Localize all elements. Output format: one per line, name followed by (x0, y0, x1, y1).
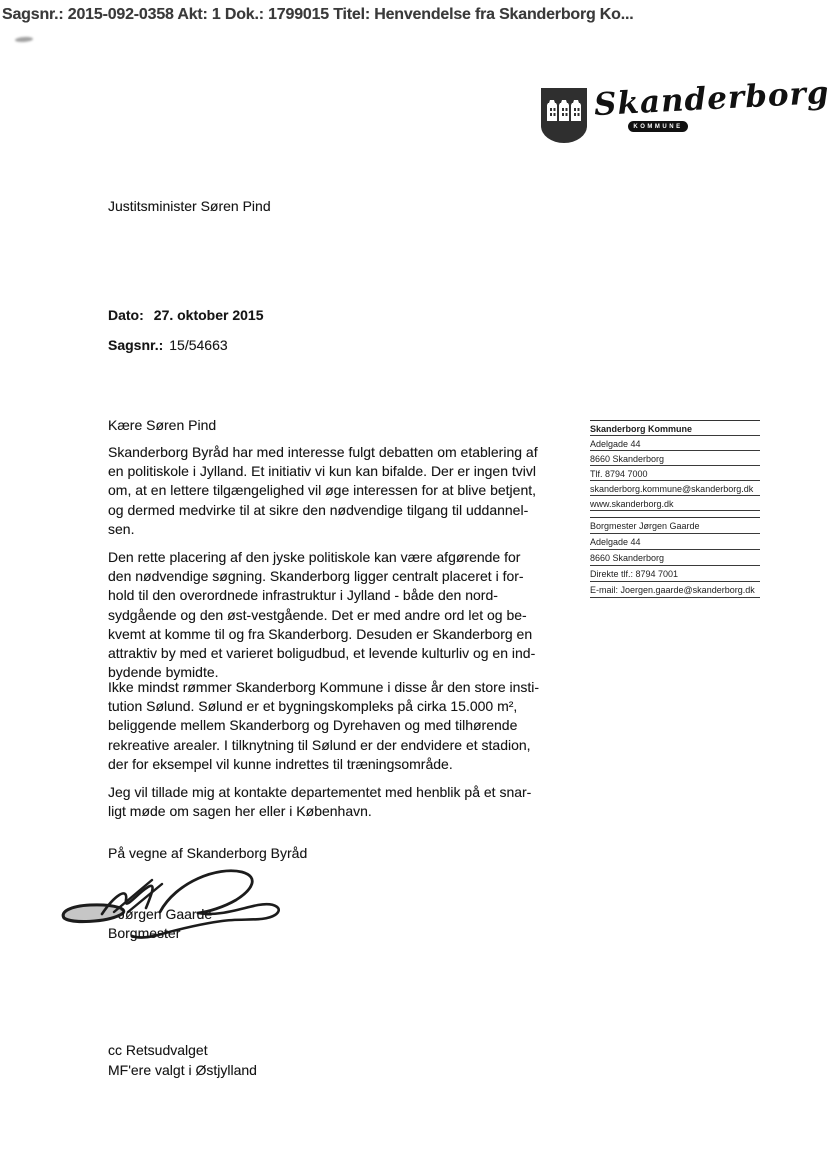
kommune-website: www.skanderborg.dk (590, 496, 760, 511)
borgmester-email: E-mail: Joergen.gaarde@skanderborg.dk (590, 582, 760, 598)
signer-title: Borgmester (108, 925, 180, 941)
contact-block-borgmester: Borgmester Jørgen Gaarde Adelgade 44 866… (590, 517, 760, 598)
closing-line: På vegne af Skanderborg Byråd (108, 845, 307, 861)
skanderborg-kommune-logo: Skanderborg KOMMUNE (540, 85, 760, 145)
shield-towers-icon (540, 87, 588, 143)
borgmester-phone: Direkte tlf.: 8794 7001 (590, 566, 760, 582)
document-header-text: Sagsnr.: 2015-092-0358 Akt: 1 Dok.: 1799… (2, 6, 633, 24)
paragraph-2: Den rette placering af den jyske politis… (108, 548, 586, 682)
paragraph-3: Ikke mindst rømmer Skanderborg Kommune i… (108, 678, 586, 774)
contact-block-kommune: Skanderborg Kommune Adelgade 44 8660 Ska… (590, 420, 760, 511)
borgmester-city: 8660 Skanderborg (590, 550, 760, 566)
paragraph-1: Skanderborg Byråd har med interesse fulg… (108, 443, 586, 539)
salutation: Kære Søren Pind (108, 417, 216, 433)
borgmester-street: Adelgade 44 (590, 534, 760, 550)
scanned-letter-page: Sagsnr.: 2015-092-0358 Akt: 1 Dok.: 1799… (0, 0, 828, 1169)
date-value: 27. oktober 2015 (154, 307, 264, 323)
case-number-label: Sagsnr.: (108, 337, 163, 353)
signer-name: Jørgen Gaarde (118, 906, 212, 922)
kommune-phone: Tlf. 8794 7000 (590, 466, 760, 481)
recipient-line: Justitsminister Søren Pind (108, 198, 271, 214)
paragraph-4: Jeg vil tillade mig at kontakte departem… (108, 783, 586, 821)
logo-wordmark: Skanderborg (593, 75, 828, 123)
scan-smudge-artifact (15, 36, 33, 42)
borgmester-name: Borgmester Jørgen Gaarde (590, 518, 760, 534)
kommune-name: Skanderborg Kommune (590, 421, 760, 436)
case-number-line: Sagsnr.:15/54663 (108, 337, 228, 353)
kommune-city: 8660 Skanderborg (590, 451, 760, 466)
logo-kommune-badge: KOMMUNE (628, 121, 688, 132)
kommune-email: skanderborg.kommune@skanderborg.dk (590, 481, 760, 496)
kommune-street: Adelgade 44 (590, 436, 760, 451)
cc-lines: cc Retsudvalget MF'ere valgt i Østjyllan… (108, 1041, 257, 1080)
date-line: Dato:27. oktober 2015 (108, 307, 264, 323)
case-number-value: 15/54663 (169, 337, 227, 353)
date-label: Dato: (108, 307, 144, 323)
